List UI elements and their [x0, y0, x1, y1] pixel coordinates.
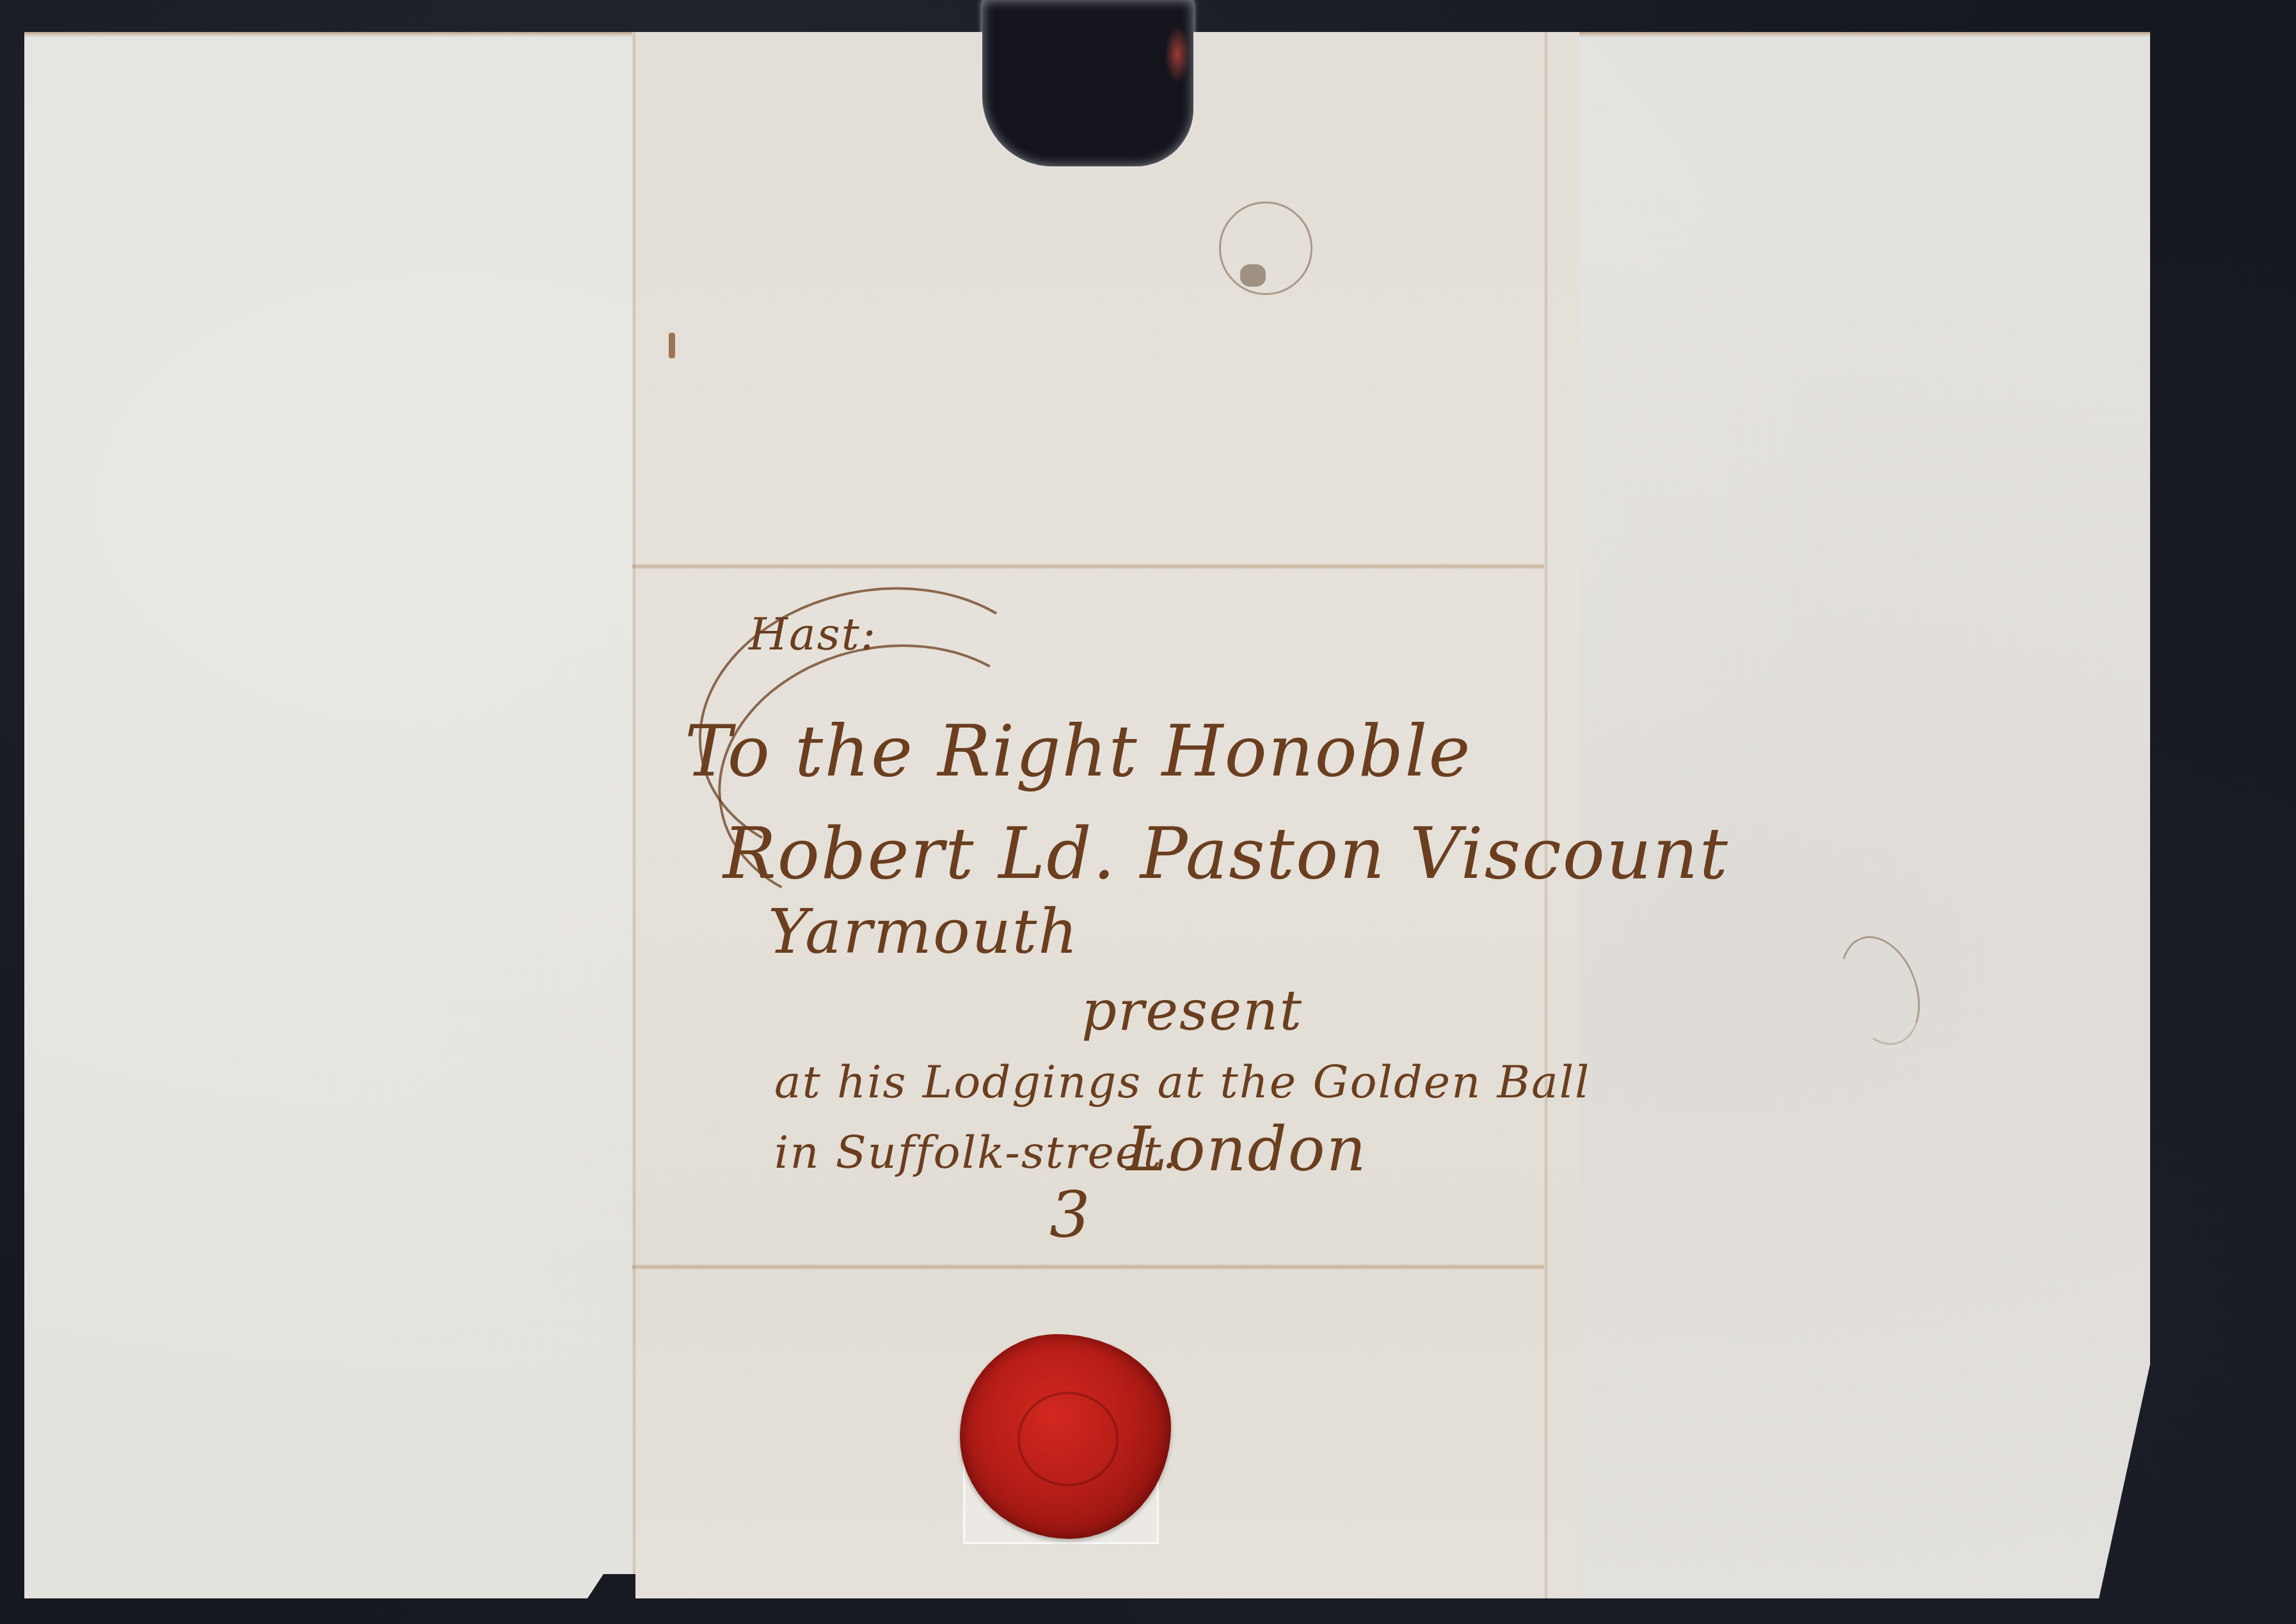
torn-hole [982, 0, 1193, 166]
postmark-ink-blot [1240, 264, 1266, 287]
address-line-5: at his Lodgings at the Golden Ball [774, 1056, 1590, 1108]
fold-line-lower [632, 1264, 1544, 1270]
address-line-1: To the Right Honoble [685, 710, 1471, 792]
address-line-7: London [1126, 1113, 1367, 1185]
address-line-3: Yarmouth [768, 896, 1079, 967]
postmark-stamp [1219, 202, 1312, 295]
address-line-2: Robert Ld. Paston Viscount [723, 813, 1729, 895]
postage-mark: 3 [1049, 1177, 1092, 1252]
fold-line-upper [632, 563, 1544, 569]
fold-line-left [632, 32, 636, 1598]
ink-stain [669, 333, 675, 358]
address-line-6: in Suffolk-street. [774, 1126, 1178, 1179]
endorsement-hast: Hast: [749, 608, 877, 660]
address-line-4: present [1081, 979, 1303, 1043]
seal-residue [1165, 26, 1190, 83]
